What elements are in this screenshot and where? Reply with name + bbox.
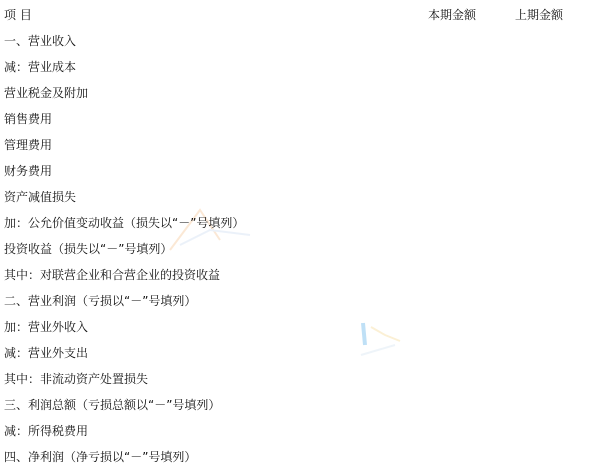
table-row: 加：营业外收入 <box>0 314 599 340</box>
table-row: 减：营业成本 <box>0 54 599 80</box>
row-label: 三、利润总额（亏损总额以“－”号填列） <box>4 392 220 418</box>
table-row: 营业税金及附加 <box>0 80 599 106</box>
current-period-column-header: 本期金额 <box>428 2 476 28</box>
table-row: 资产减值损失 <box>0 184 599 210</box>
row-label: 管理费用 <box>4 132 52 158</box>
row-label: 资产减值损失 <box>4 184 76 210</box>
table-row: 销售费用 <box>0 106 599 132</box>
table-row: 其中：非流动资产处置损失 <box>0 366 599 392</box>
header-row: 项 目 本期金额 上期金额 <box>0 2 599 28</box>
table-row: 二、营业利润（亏损以“－”号填列） <box>0 288 599 314</box>
table-row: 四、净利润（净亏损以“－”号填列） <box>0 444 599 470</box>
row-label: 减：营业成本 <box>4 54 76 80</box>
row-label: 减：营业外支出 <box>4 340 88 366</box>
row-label: 四、净利润（净亏损以“－”号填列） <box>4 444 196 470</box>
table-row: 管理费用 <box>0 132 599 158</box>
table-row: 一、营业收入 <box>0 28 599 54</box>
table-row: 减：营业外支出 <box>0 340 599 366</box>
row-label: 投资收益（损失以“－”号填列） <box>4 236 172 262</box>
prior-period-column-header: 上期金额 <box>515 2 563 28</box>
row-label: 一、营业收入 <box>4 28 76 54</box>
row-label: 加：公允价值变动收益（损失以“－”号填列） <box>4 210 244 236</box>
income-statement-table: 项 目 本期金额 上期金额 一、营业收入 减：营业成本 营业税金及附加 销售费用… <box>0 0 599 473</box>
row-label: 减：所得税费用 <box>4 418 88 444</box>
row-label: 加：营业外收入 <box>4 314 88 340</box>
row-label: 营业税金及附加 <box>4 80 88 106</box>
row-label: 二、营业利润（亏损以“－”号填列） <box>4 288 196 314</box>
row-label: 销售费用 <box>4 106 52 132</box>
item-column-header: 项 目 <box>4 2 32 28</box>
table-row: 其中：对联营企业和合营企业的投资收益 <box>0 262 599 288</box>
table-row: 三、利润总额（亏损总额以“－”号填列） <box>0 392 599 418</box>
table-row: 加：公允价值变动收益（损失以“－”号填列） <box>0 210 599 236</box>
table-row: 投资收益（损失以“－”号填列） <box>0 236 599 262</box>
row-label: 财务费用 <box>4 158 52 184</box>
row-label: 其中：非流动资产处置损失 <box>4 366 148 392</box>
table-row: 减：所得税费用 <box>0 418 599 444</box>
table-row: 财务费用 <box>0 158 599 184</box>
row-label: 其中：对联营企业和合营企业的投资收益 <box>4 262 220 288</box>
